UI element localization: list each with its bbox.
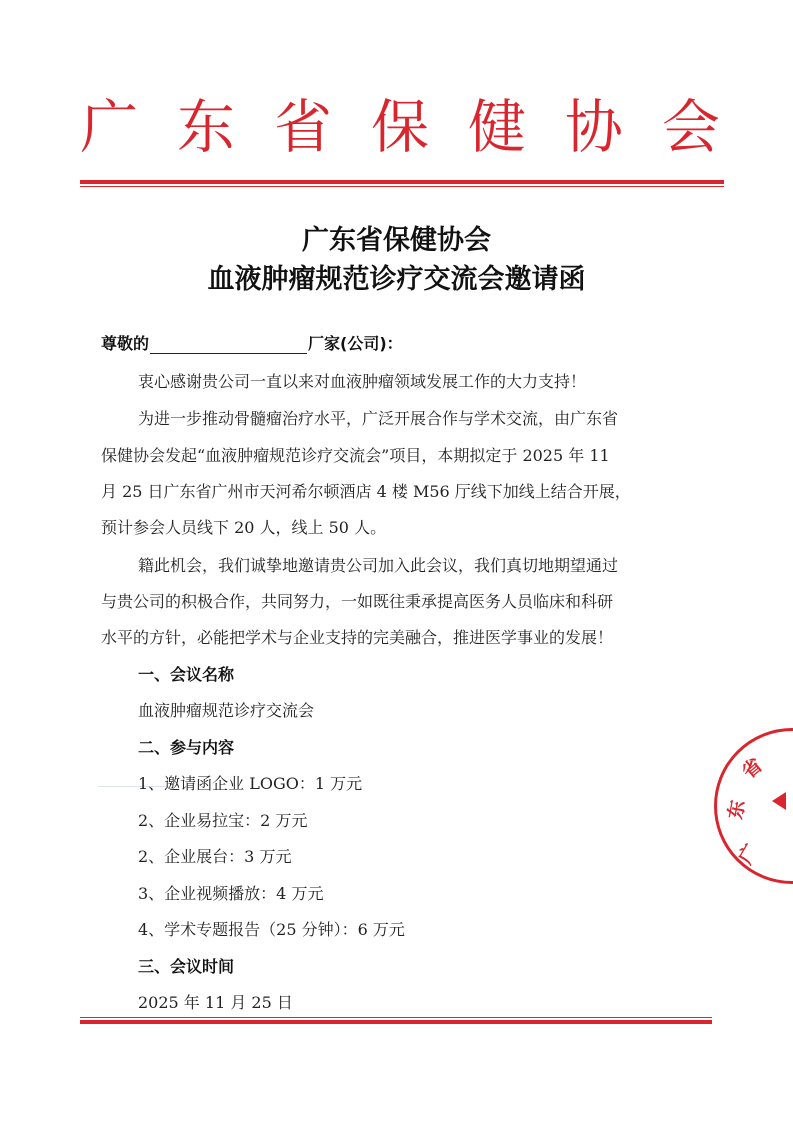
meeting-date: 2025 年 11 月 25 日 <box>138 993 293 1013</box>
participation-item: 2、企业展台：3 万元 <box>138 847 291 867</box>
letterhead-char: 保 <box>371 92 429 162</box>
document-title-subject: 血液肿瘤规范诊疗交流会邀请函 <box>0 257 793 296</box>
letterhead-char: 健 <box>468 92 526 162</box>
paragraph-intro-line: 月 25 日广东省广州市天河希尔顿酒店 4 楼 M56 厅线下加线上结合开展， <box>101 482 631 502</box>
participation-item: 4、学术专题报告（25 分钟）：6 万元 <box>138 920 405 940</box>
section-heading-meeting-time: 三、会议时间 <box>138 957 234 977</box>
paragraph-invite-line: 水平的方针，必能把学术与企业支持的完美融合，推进医学事业的发展！ <box>101 628 613 648</box>
letterhead-divider <box>80 180 724 187</box>
paragraph-thanks: 衷心感谢贵公司一直以来对血液肿瘤领域发展工作的大力支持！ <box>138 372 586 392</box>
letterhead-char: 东 <box>177 92 235 162</box>
section-heading-meeting-name: 一、会议名称 <box>138 665 234 685</box>
letterhead-char: 会 <box>662 92 720 162</box>
paragraph-invite-line: 籍此机会，我们诚挚地邀请贵公司加入此会议，我们真切地期望通过 <box>138 556 618 576</box>
participation-item: 2、企业易拉宝：2 万元 <box>138 811 307 831</box>
meeting-name: 血液肿瘤规范诊疗交流会 <box>138 701 314 721</box>
salutation-suffix: 厂家(公司)： <box>308 334 403 353</box>
letterhead-char: 省 <box>274 92 332 162</box>
salutation-prefix: 尊敬的 <box>101 334 149 353</box>
seal-star-icon <box>772 792 786 810</box>
footer-divider <box>80 1017 712 1024</box>
participation-item: 1、邀请函企业 LOGO：1 万元 <box>138 774 362 794</box>
paragraph-intro-line: 预计参会人员线下 20 人，线上 50 人。 <box>101 518 386 538</box>
letterhead-org-name: 广 东 省 保 健 协 会 <box>80 92 720 162</box>
paragraph-invite-line: 与贵公司的积极合作，共同努力，一如既往秉承提高医务人员临床和科研 <box>101 592 613 612</box>
document-title-org: 广东省保健协会 <box>0 218 793 257</box>
section-heading-participation: 二、参与内容 <box>138 738 234 758</box>
paragraph-intro-line: 保健协会发起“血液肿瘤规范诊疗交流会”项目，本期拟定于 2025 年 11 <box>101 446 610 466</box>
letterhead-char: 广 <box>80 92 138 162</box>
paragraph-intro-line: 为进一步推动骨髓瘤治疗水平，广泛开展合作与学术交流，由广东省 <box>138 409 618 429</box>
salutation: 尊敬的厂家(公司)： <box>101 331 403 354</box>
participation-item: 3、企业视频播放：4 万元 <box>138 884 323 904</box>
company-name-blank <box>150 339 307 354</box>
letterhead-char: 协 <box>565 92 623 162</box>
